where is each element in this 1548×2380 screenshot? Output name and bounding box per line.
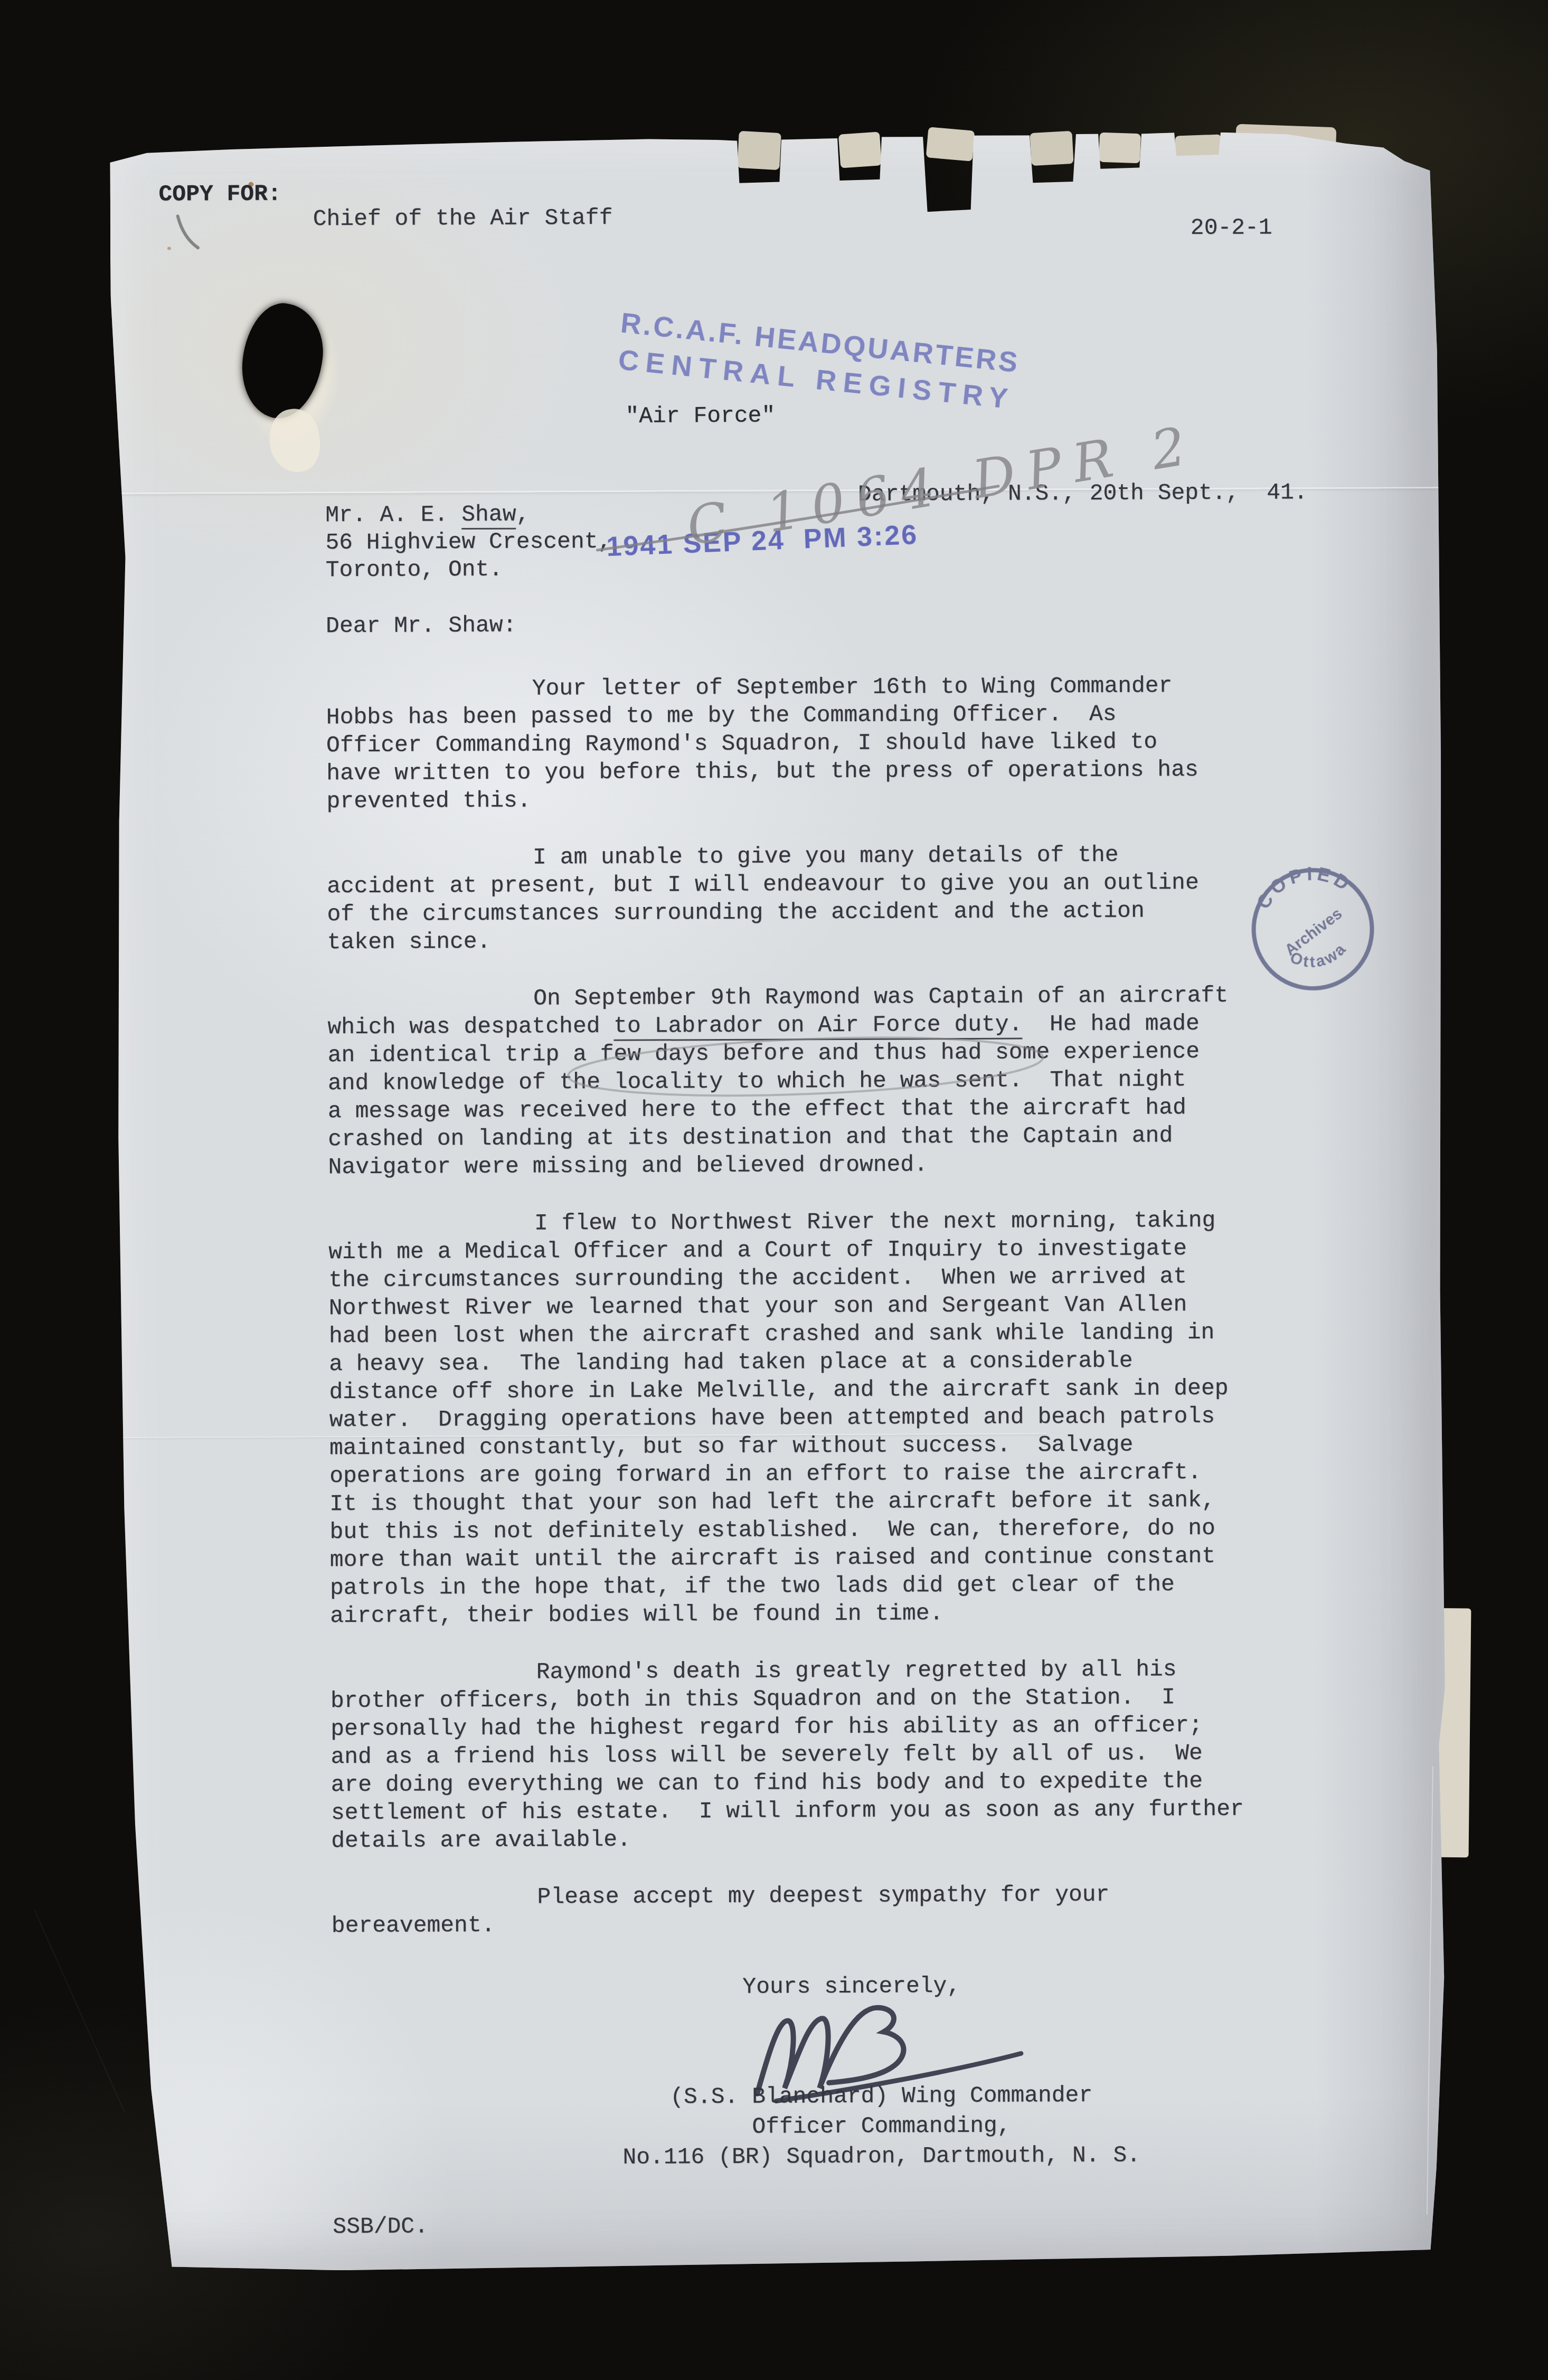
letter-line: Raymond's death is greatly regretted by … <box>331 1655 1243 1687</box>
letter-line: Please accept my deepest sympathy for yo… <box>331 1880 1244 1912</box>
letter-line: patrols in the hope that, if the two lad… <box>330 1570 1243 1602</box>
torn-paper-flap <box>926 127 975 161</box>
pencil-slash-mark <box>587 475 1009 566</box>
letter-line: maintained constantly, but so far withou… <box>329 1430 1242 1462</box>
letter-paragraph: Raymond's death is greatly regretted by … <box>331 1655 1244 1855</box>
letter-line: Your letter of September 16th to Wing Co… <box>326 672 1239 704</box>
letter-line: had been lost when the aircraft crashed … <box>329 1318 1242 1350</box>
letter-line: are doing everything we can to find his … <box>331 1767 1244 1799</box>
torn-paper-flap <box>737 131 781 170</box>
letter-line: On September 9th Raymond was Captain of … <box>327 981 1240 1014</box>
letter-line: accident at present, but I will endeavou… <box>327 868 1240 901</box>
torn-paper-flap <box>1099 133 1141 164</box>
letter-line: settlement of his estate. I will inform … <box>331 1795 1244 1827</box>
salutation: Dear Mr. Shaw: <box>326 611 516 640</box>
pencil-circle-annotation <box>552 1028 1059 1104</box>
svg-text:COPIED: COPIED <box>1247 853 1360 916</box>
letter-line: the circumstances surrounding the accide… <box>328 1262 1241 1295</box>
letter-line: 56 Highview Crescent, <box>325 527 611 556</box>
letter-body: Your letter of September 16th to Wing Co… <box>326 672 1244 1969</box>
background-scratch <box>34 1910 126 2113</box>
letter-line: brother officers, both in this Squadron … <box>331 1683 1243 1715</box>
letter-line: personally had the highest regard for hi… <box>331 1711 1243 1743</box>
letter-line: and as a friend his loss will be severel… <box>331 1739 1243 1771</box>
letter-line: It is thought that your son had left the… <box>329 1486 1242 1518</box>
signature-block: (S.S. Blanchard) Wing CommanderOfficer C… <box>617 2080 1146 2172</box>
archive-copied-stamp: COPIED Archives Ottawa <box>1228 845 1398 1014</box>
letter-line: distance off shore in Lake Melville, and… <box>329 1374 1242 1406</box>
letter-paragraph: I flew to Northwest River the next morni… <box>328 1206 1243 1630</box>
letter-line: but this is not definitely established. … <box>329 1514 1242 1546</box>
file-reference: 20-2-1 <box>1191 213 1272 242</box>
letter-line: Toronto, Ont. <box>325 555 611 583</box>
letter-sheet: COPY FOR: Chief of the Air Staff 20-2-1 … <box>110 129 1449 2273</box>
letter-line: a heavy sea. The landing had taken place… <box>329 1346 1242 1378</box>
letter-line: I flew to Northwest River the next morni… <box>328 1206 1241 1239</box>
torn-paper-flap <box>838 131 882 168</box>
copy-for-label: COPY FOR: <box>158 180 281 209</box>
recipient-address: Mr. A. E. Shaw,56 Highview Crescent,Toro… <box>325 500 612 583</box>
letter-line: Officer Commanding Raymond's Squadron, I… <box>326 728 1239 760</box>
letter-line: details are available. <box>331 1823 1244 1855</box>
letter-line: Officer Commanding, <box>617 2110 1145 2142</box>
letter-line: water. Dragging operations have been att… <box>329 1402 1242 1434</box>
letter-line: have written to you before this, but the… <box>326 755 1239 788</box>
torn-paper-flap <box>1030 131 1073 166</box>
letter-line: Hobbs has been passed to me by the Comma… <box>326 700 1239 732</box>
letter-line: No.116 (BR) Squadron, Dartmouth, N. S. <box>618 2140 1146 2172</box>
letter-line: Northwest River we learned that your son… <box>329 1290 1242 1323</box>
registry-stamp: R.C.A.F. HEADQUARTERS CENTRAL REGISTRY <box>610 306 1026 416</box>
letter-line: prevented this. <box>326 783 1239 816</box>
letter-line: operations are going forward in an effor… <box>329 1458 1242 1490</box>
letter-line: aircraft, their bodies will be found in … <box>330 1598 1243 1630</box>
letter-paragraph: Please accept my deepest sympathy for yo… <box>331 1880 1244 1940</box>
letter-line: I am unable to give you many details of … <box>327 840 1240 873</box>
letter-paragraph: I am unable to give you many details of … <box>327 840 1240 957</box>
letter-line: of the circumstances surrounding the acc… <box>327 896 1240 929</box>
pencil-check-mark <box>174 213 203 253</box>
subject-note: "Air Force" <box>625 402 775 430</box>
letter-line: crashed on landing at its destination an… <box>328 1121 1241 1154</box>
letter-paragraph: Your letter of September 16th to Wing Co… <box>326 672 1239 816</box>
letter-line: Mr. A. E. Shaw, <box>325 500 611 528</box>
archive-stamp-top: COPIED <box>1247 853 1360 916</box>
letter-line: more than wait until the aircraft is rai… <box>330 1542 1243 1574</box>
copy-recipient: Chief of the Air Staff <box>313 204 613 233</box>
letter-line: Navigator were missing and believed drow… <box>328 1149 1241 1182</box>
letter-line: bereavement. <box>332 1908 1244 1940</box>
letter-line: (S.S. Blanchard) Wing Commander <box>617 2080 1145 2112</box>
typist-initials: SSB/DC. <box>333 2212 428 2241</box>
fox-spot <box>167 247 171 250</box>
letter-line: taken since. <box>327 924 1240 957</box>
letter-line: with me a Medical Officer and a Court of… <box>328 1234 1241 1267</box>
underlined-phrase: Shaw <box>461 502 516 530</box>
scanned-letter-photo: { "document": { "copy_for_label": "COPY … <box>0 0 1548 2380</box>
fold-crease <box>1427 1766 1433 2215</box>
